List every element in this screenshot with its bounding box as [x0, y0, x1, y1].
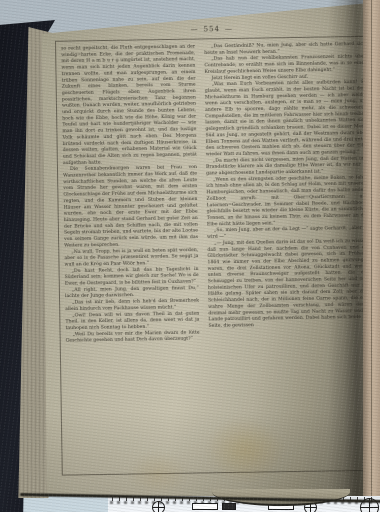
facing-page-frame-line — [371, 0, 372, 512]
paper-stain — [206, 418, 284, 482]
page-number-value: 554 — [204, 25, 220, 33]
gutter-shadow — [328, 0, 368, 512]
page-number-right-rule: — — [225, 25, 233, 33]
scanned-book-photo: —554— so recht gepeitscht, die Fluth ent… — [0, 0, 380, 512]
page-number-left-rule: — — [191, 25, 199, 33]
paper-stain — [128, 452, 188, 496]
facing-page-edge — [363, 0, 380, 512]
paragraph: „Weil Du bereits vor mir die Marien dwar… — [66, 329, 200, 344]
paper-shadow-blotch — [70, 120, 160, 280]
paragraph: „Owl! Denn will wi uns davon Theil in da… — [65, 310, 199, 331]
registration-target-icon — [152, 501, 165, 512]
grayscale-patch — [192, 503, 218, 510]
grayscale-patch — [222, 503, 236, 510]
page-number: —554— — [56, 23, 368, 36]
